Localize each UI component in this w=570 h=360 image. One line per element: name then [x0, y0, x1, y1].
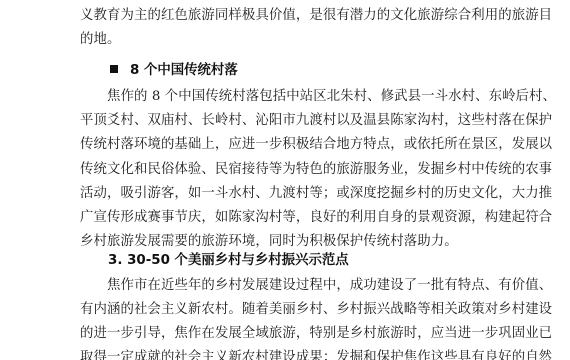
villages-line-2: 平顶爻村、双庙村、长岭村、沁阳市九渡村以及温县陈家沟村，这些村落在保护	[80, 113, 486, 129]
demo-line-2: 有内涵的社会主义新农村。随着美丽乡村、乡村振兴战略等相关政策对乡村建设	[80, 302, 486, 318]
document-page: 义教育为主的红色旅游同样极具价值，是很有潜力的文化旅游综合利用的旅游目 的地。 …	[0, 0, 570, 360]
demo-line-4: 取得一定成就的社会主义新农村建设成果；发掘和保护焦作这些具有良好的自然	[80, 350, 486, 360]
villages-line-5: 活动，吸引游客，如一斗水村、九渡村等；或深度挖掘乡村的历史文化，大力推	[80, 186, 486, 202]
black-square-bullet-icon	[110, 65, 118, 73]
section-heading-demo: 3. 30-50 个美丽乡村与乡村振兴示范点	[108, 253, 349, 269]
villages-line-6: 广宣传形成赛事节庆，如陈家沟村等，良好的利用自身的景观资源，构建起符合	[80, 210, 486, 226]
villages-line-3: 传统村落环境的基础上，应进一步积极结合地方特点，或依托所在景区，发展以	[80, 137, 486, 153]
intro-line-1: 义教育为主的红色旅游同样极具价值，是很有潜力的文化旅游综合利用的旅游目	[80, 8, 486, 24]
section-heading-villages: 8 个中国传统村落	[110, 63, 238, 79]
villages-line-1: 焦作的 8 个中国传统村落包括中站区北朱村、修武县一斗水村、东岭后村、	[107, 89, 486, 105]
villages-line-4: 传统文化和民俗体验、民宿接待等为特色的旅游服务业，发掘乡村中传统的农事	[80, 162, 486, 178]
demo-line-1: 焦作市在近些年的乡村发展建设过程中，成功建设了一批有特点、有价值、	[107, 278, 486, 294]
villages-line-7: 乡村旅游发展需要的旅游环境，同时为积极保护传统村落助力。	[80, 234, 486, 250]
intro-line-2: 的地。	[80, 32, 486, 48]
demo-line-3: 的进一步引导，焦作在发展全域旅游，特别是乡村旅游时，应当进一步巩固业已	[80, 326, 486, 342]
heading-text: 8 个中国传统村落	[130, 63, 238, 78]
